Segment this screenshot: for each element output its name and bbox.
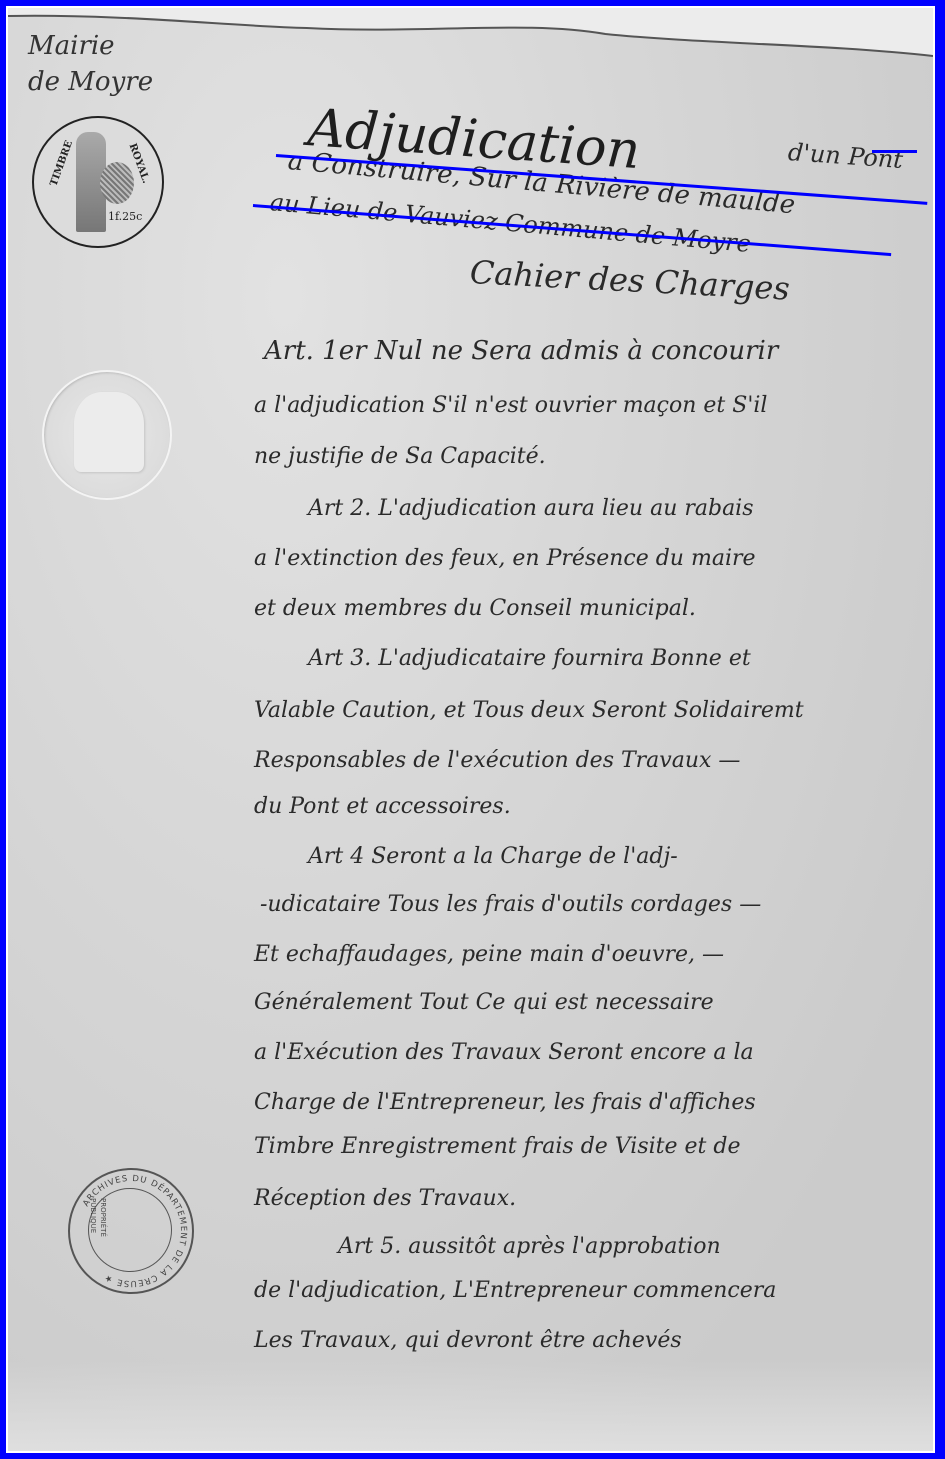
stamp-left-text: TIMBRE [48,139,75,187]
text-line: ne justifie de Sa Capacité. [254,444,546,469]
annotation-underline-pont [872,150,917,153]
text-line: de l'adjudication, L'Entrepreneur commen… [254,1278,776,1303]
archive-ring-text-path: ARCHIVES DU DÉPARTEMENT DE LA CREUSE ★ [70,1170,192,1292]
document-frame: Mairie de Moyre TIMBRE ROYAL. 1f.25c ARC… [6,6,935,1453]
margin-note-line2: de Moyre [28,64,153,100]
lower-shadow [8,1361,933,1451]
text-line: Les Travaux, qui devront être achevés [254,1328,682,1353]
text-line: et deux membres du Conseil municipal. [254,596,696,621]
stamp-price: 1f.25c [108,210,142,223]
royal-stamp: TIMBRE ROYAL. 1f.25c [32,116,164,248]
archive-stamp: ARCHIVES DU DÉPARTEMENT DE LA CREUSE PRO… [68,1168,194,1294]
text-line: Art 3. L'adjudicataire fournira Bonne et [308,646,751,671]
seated-figure-icon [74,392,144,472]
text-line: Art 2. L'adjudication aura lieu au rabai… [308,496,754,521]
text-line: Art. 1er Nul ne Sera admis à concourir [264,336,778,366]
text-line: Généralement Tout Ce qui est necessaire [254,990,714,1015]
shield-icon [100,162,134,204]
text-line: Art 4 Seront a la Charge de l'adj- [308,844,678,869]
text-line: Responsables de l'exécution des Travaux … [254,748,740,773]
margin-note: Mairie de Moyre [28,28,153,100]
title-suffix: d'un Pont [787,138,904,174]
embossed-seal [42,370,172,500]
text-line: Timbre Enregistrement frais de Visite et… [254,1134,740,1159]
text-line: Réception des Travaux. [254,1186,516,1211]
text-line: Charge de l'Entrepreneur, les frais d'af… [254,1090,756,1115]
text-line: a l'adjudication S'il n'est ouvrier maço… [254,393,767,418]
document-subtitle: Cahier des Charges [469,253,791,308]
margin-note-line1: Mairie [28,28,153,64]
text-line: du Pont et accessoires. [254,794,511,819]
text-line: Art 5. aussitôt après l'approbation [338,1234,721,1259]
svg-text:ARCHIVES DU DÉPARTEMENT DE LA: ARCHIVES DU DÉPARTEMENT DE LA CREUSE ★ [81,1174,188,1288]
text-line: -udicataire Tous les frais d'outils cord… [260,892,761,917]
text-line: Valable Caution, et Tous deux Seront Sol… [254,698,804,723]
text-line: a l'Exécution des Travaux Seront encore … [254,1040,754,1065]
paper-scan: Mairie de Moyre TIMBRE ROYAL. 1f.25c ARC… [8,8,933,1451]
text-line: a l'extinction des feux, en Présence du … [254,546,756,571]
text-line: Et echaffaudages, peine main d'oeuvre, — [254,942,724,967]
annotation-underline-2 [253,204,891,256]
